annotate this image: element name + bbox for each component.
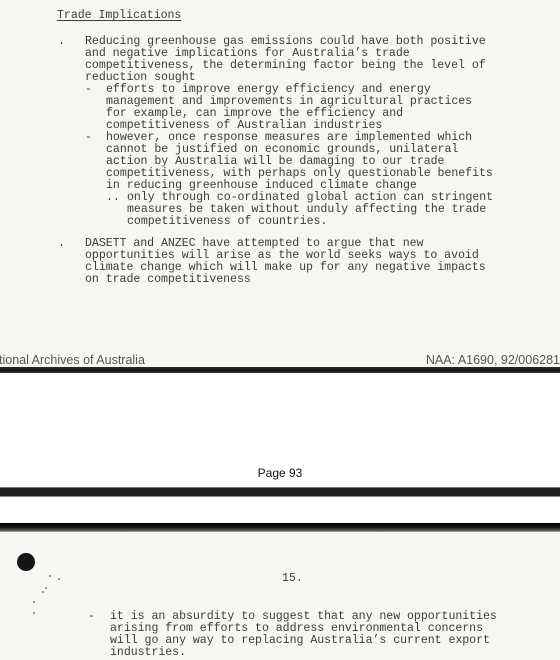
double-dot-marker: .. [106, 192, 120, 204]
section-heading: Trade Implications [57, 10, 181, 22]
scan-speck [33, 612, 35, 614]
page-divider [0, 487, 560, 497]
scan-speck [33, 601, 35, 603]
bullet-marker: . [58, 238, 65, 250]
dash-marker: - [85, 132, 92, 144]
punch-hole-mark [17, 553, 35, 571]
text-line: competitiveness of countries. [127, 216, 327, 228]
dash-marker: - [88, 611, 95, 623]
scanned-page-93: 15. - it is an absurdity to suggest that… [0, 524, 560, 660]
scan-speck [45, 587, 47, 589]
viewer-page-gap [0, 373, 560, 524]
scan-speck [42, 591, 44, 593]
bullet-marker: . [58, 36, 65, 48]
archive-watermark: tional Archives of Australia [0, 353, 145, 367]
scanned-page-92: Trade Implications . Reducing greenhouse… [0, 0, 560, 368]
scan-speck [49, 575, 51, 577]
text-line: industries. [110, 647, 186, 659]
page-number: 15. [282, 573, 303, 585]
scan-edge-shadow [0, 523, 560, 532]
page-number-label: Page 93 [0, 466, 560, 480]
text-line: on trade competitiveness [85, 274, 251, 286]
dash-marker: - [85, 84, 92, 96]
scan-speck [58, 578, 60, 580]
archive-reference: NAA: A1690, 92/006281 [426, 353, 560, 367]
